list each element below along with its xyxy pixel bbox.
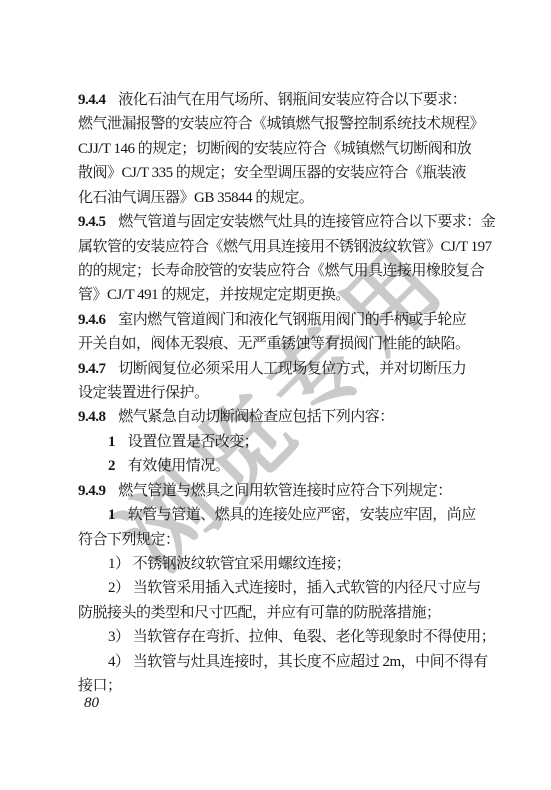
clause-text: 2） 当软管采用插入式连接时，插入式软管的内径尺寸应与 <box>108 580 481 596</box>
clause-text: 室内燃气管道阀门和液化气钢瓶用阀门的手柄或手轮应 <box>118 312 466 328</box>
clause-label: 9.4.7 <box>78 361 106 377</box>
clause-text: 有效使用情况。 <box>128 458 230 474</box>
clause-text: 防脱接头的类型和尺寸匹配，并应有可靠的防脱落措施； <box>78 605 441 621</box>
clause-label: 1 <box>108 434 115 450</box>
text-line: 9.4.8燃气紧急自动切断阀检查应包括下列内容： <box>78 405 490 429</box>
text-line: 1设置位置是否改变； <box>78 430 490 454</box>
page-number: 80 <box>84 692 99 714</box>
clause-text: 属软管的安装应符合《燃气用具连接用不锈钢波纹软管》CJ/T 197 <box>78 239 492 255</box>
text-line: 1软管与管道、燃具的连接处应严密，安装应牢固，尚应 <box>78 503 490 527</box>
text-line: 设定装置进行保护。 <box>78 381 490 405</box>
text-line: CJJ/T 146 的规定；切断阀的安装应符合《城镇燃气切断阀和放 <box>78 137 490 161</box>
text-line: 接口； <box>78 674 490 698</box>
clause-text: 切断阀复位必须采用人工现场复位方式，并对切断压力 <box>118 361 466 377</box>
clause-text: 管》CJ/T 491 的规定，并按规定定期更换。 <box>78 287 350 303</box>
clause-text: 1） 不锈钢波纹软管宜采用螺纹连接； <box>108 556 350 572</box>
clause-text: 设定装置进行保护。 <box>78 385 209 401</box>
clause-text: 燃气管道与燃具之间用软管连接时应符合下列规定： <box>118 483 452 499</box>
clause-text: 液化石油气在用气场所、钢瓶间安装应符合以下要求： <box>118 92 466 108</box>
text-line: 1） 不锈钢波纹软管宜采用螺纹连接； <box>78 552 490 576</box>
text-line: 4） 当软管与灶具连接时，其长度不应超过 2m，中间不得有 <box>78 650 490 674</box>
text-line: 管》CJ/T 491 的规定，并按规定定期更换。 <box>78 283 490 307</box>
text-block: 9.4.4液化石油气在用气场所、钢瓶间安装应符合以下要求：燃气泄漏报警的安装应符… <box>78 88 490 699</box>
clause-label: 9.4.8 <box>78 409 106 425</box>
text-line: 2） 当软管采用插入式连接时，插入式软管的内径尺寸应与 <box>78 576 490 600</box>
text-line: 9.4.6室内燃气管道阀门和液化气钢瓶用阀门的手柄或手轮应 <box>78 308 490 332</box>
clause-text: 化石油气调压器》GB 35844 的规定。 <box>78 190 313 206</box>
text-line: 属软管的安装应符合《燃气用具连接用不锈钢波纹软管》CJ/T 197 <box>78 235 490 259</box>
clause-label: 1 <box>108 507 115 523</box>
clause-label: 9.4.9 <box>78 483 106 499</box>
text-line: 9.4.5燃气管道与固定安装燃气灶具的连接管应符合以下要求：金 <box>78 210 490 234</box>
text-line: 散阀》CJ/T 335 的规定；安全型调压器的安装应符合《瓶装液 <box>78 161 490 185</box>
clause-text: 散阀》CJ/T 335 的规定；安全型调压器的安装应符合《瓶装液 <box>78 165 466 181</box>
clause-text: 符合下列规定： <box>78 532 180 548</box>
text-line: 9.4.9燃气管道与燃具之间用软管连接时应符合下列规定： <box>78 479 490 503</box>
text-line: 9.4.7切断阀复位必须采用人工现场复位方式，并对切断压力 <box>78 357 490 381</box>
clause-text: 燃气紧急自动切断阀检查应包括下列内容： <box>118 409 394 425</box>
text-line: 2有效使用情况。 <box>78 454 490 478</box>
clause-text: 开关自如，阀体无裂痕、无严重锈蚀等有损阀门性能的缺陷。 <box>78 336 470 352</box>
clause-text: 的的规定；长寿命胶管的安装应符合《燃气用具连接用橡胶复合 <box>78 263 484 279</box>
clause-text: 软管与管道、燃具的连接处应严密，安装应牢固，尚应 <box>128 507 476 523</box>
text-line: 化石油气调压器》GB 35844 的规定。 <box>78 186 490 210</box>
text-line: 开关自如，阀体无裂痕、无严重锈蚀等有损阀门性能的缺陷。 <box>78 332 490 356</box>
clause-text: 4） 当软管与灶具连接时，其长度不应超过 2m，中间不得有 <box>108 654 488 670</box>
clause-text: CJJ/T 146 的规定；切断阀的安装应符合《城镇燃气切断阀和放 <box>78 141 471 157</box>
text-line: 符合下列规定： <box>78 528 490 552</box>
text-line: 防脱接头的类型和尺寸匹配，并应有可靠的防脱落措施； <box>78 601 490 625</box>
clause-text: 3） 当软管存在弯折、拉伸、龟裂、老化等现象时不得使用； <box>108 629 495 645</box>
text-line: 燃气泄漏报警的安装应符合《城镇燃气报警控制系统技术规程》 <box>78 112 490 136</box>
clause-text: 燃气管道与固定安装燃气灶具的连接管应符合以下要求：金 <box>118 214 495 230</box>
clause-label: 9.4.5 <box>78 214 106 230</box>
text-line: 9.4.4液化石油气在用气场所、钢瓶间安装应符合以下要求： <box>78 88 490 112</box>
clause-text: 设置位置是否改变； <box>128 434 259 450</box>
clause-label: 2 <box>108 458 115 474</box>
clause-label: 9.4.6 <box>78 312 106 328</box>
clause-text: 燃气泄漏报警的安装应符合《城镇燃气报警控制系统技术规程》 <box>78 116 484 132</box>
document-page: 浏览专用 9.4.4液化石油气在用气场所、钢瓶间安装应符合以下要求：燃气泄漏报警… <box>0 0 551 790</box>
text-line: 的的规定；长寿命胶管的安装应符合《燃气用具连接用橡胶复合 <box>78 259 490 283</box>
clause-label: 9.4.4 <box>78 92 106 108</box>
text-line: 3） 当软管存在弯折、拉伸、龟裂、老化等现象时不得使用； <box>78 625 490 649</box>
